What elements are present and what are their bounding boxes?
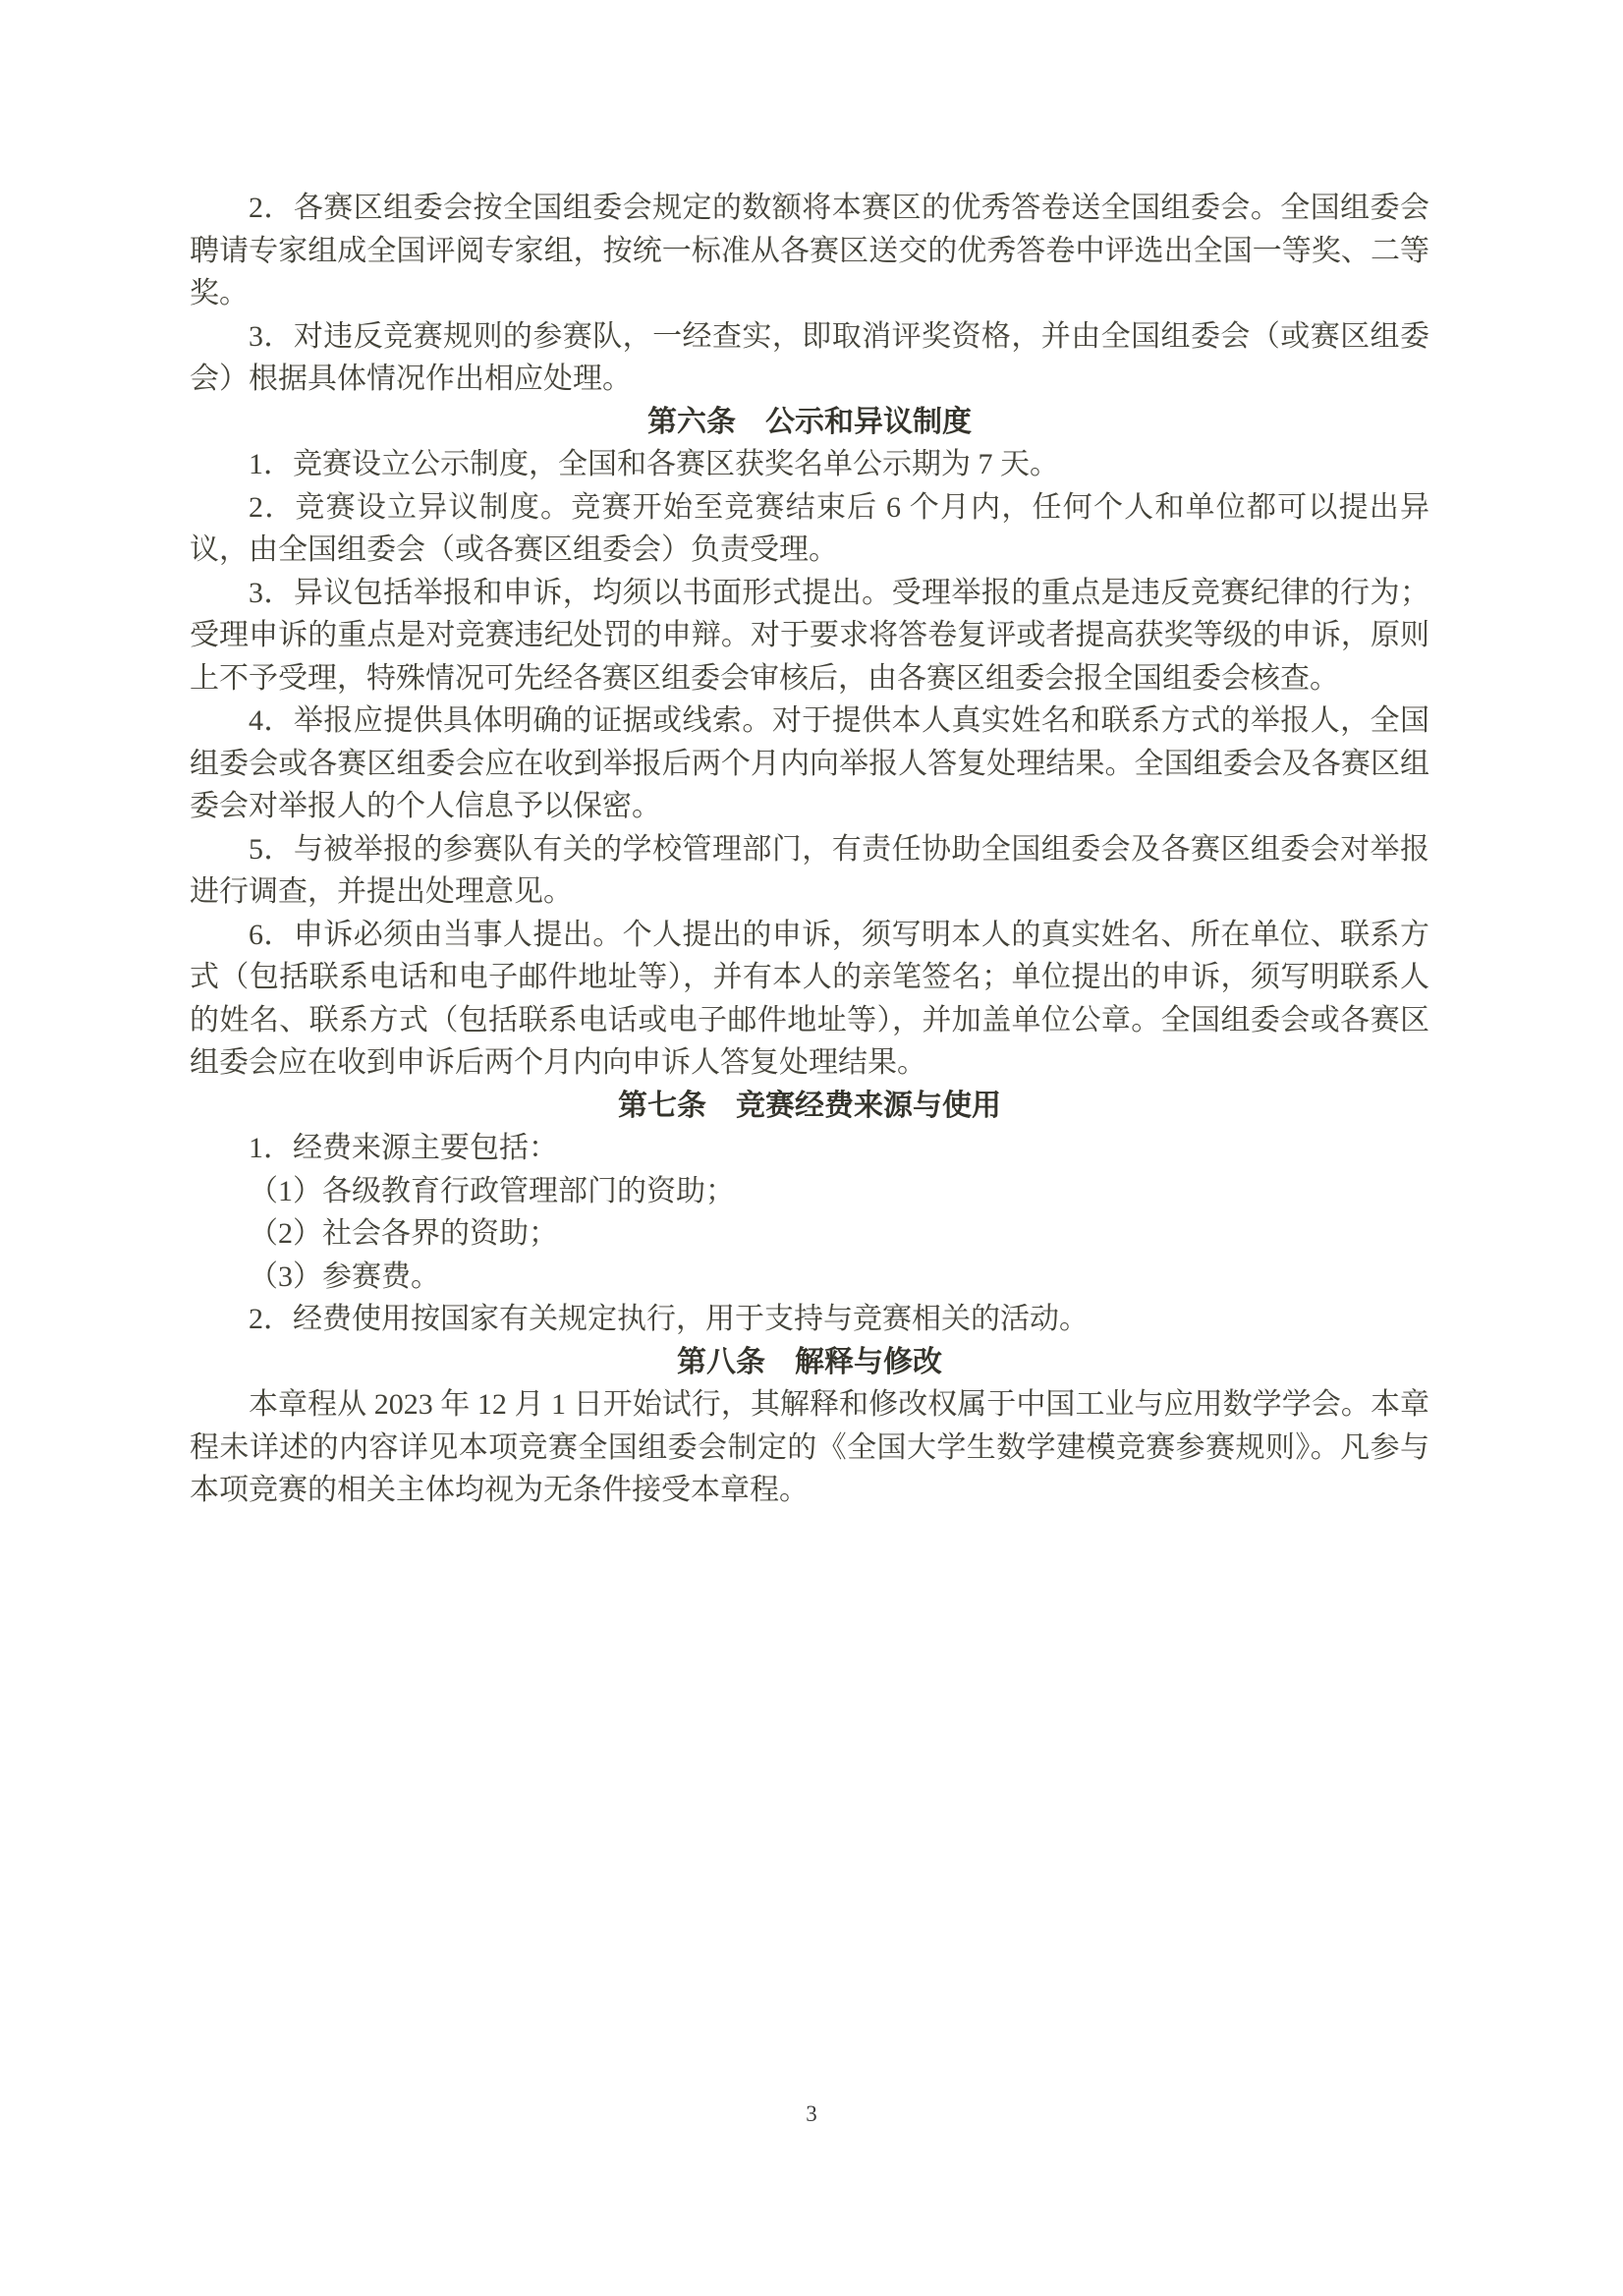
paragraph: 5．与被举报的参赛队有关的学校管理部门，有责任协助全国组委会及各赛区组委会对举报… — [190, 828, 1429, 914]
section-heading: 第七条 竞赛经费来源与使用 — [190, 1085, 1429, 1128]
paragraph: 4．举报应提供具体明确的证据或线索。对于提供本人真实姓名和联系方式的举报人，全国… — [190, 700, 1429, 828]
paragraph: （3）参赛费。 — [190, 1256, 1429, 1299]
paragraph: 2．各赛区组委会按全国组委会规定的数额将本赛区的优秀答卷送全国组委会。全国组委会… — [190, 187, 1429, 315]
paragraph: 3．对违反竞赛规则的参赛队，一经查实，即取消评奖资格，并由全国组委会（或赛区组委… — [190, 315, 1429, 401]
paragraph: 3．异议包括举报和申诉，均须以书面形式提出。受理举报的重点是违反竞赛纪律的行为；… — [190, 572, 1429, 700]
paragraph: 2．经费使用按国家有关规定执行，用于支持与竞赛相关的活动。 — [190, 1298, 1429, 1341]
document-body: 2．各赛区组委会按全国组委会规定的数额将本赛区的优秀答卷送全国组委会。全国组委会… — [190, 187, 1429, 1512]
paragraph: 6．申诉必须由当事人提出。个人提出的申诉，须写明本人的真实姓名、所在单位、联系方… — [190, 914, 1429, 1085]
paragraph: （2）社会各界的资助； — [190, 1212, 1429, 1256]
paragraph: 1．竞赛设立公示制度，全国和各赛区获奖名单公示期为 7 天。 — [190, 443, 1429, 486]
paragraph: 1．经费来源主要包括： — [190, 1127, 1429, 1170]
page-number: 3 — [0, 2100, 1623, 2128]
section-heading: 第六条 公示和异议制度 — [190, 401, 1429, 444]
paragraph: 本章程从 2023 年 12 月 1 日开始试行，其解释和修改权属于中国工业与应… — [190, 1383, 1429, 1512]
paragraph: （1）各级教育行政管理部门的资助； — [190, 1170, 1429, 1213]
section-heading: 第八条 解释与修改 — [190, 1341, 1429, 1384]
document-page: 2．各赛区组委会按全国组委会规定的数额将本赛区的优秀答卷送全国组委会。全国组委会… — [0, 0, 1623, 2296]
paragraph: 2．竞赛设立异议制度。竞赛开始至竞赛结束后 6 个月内，任何个人和单位都可以提出… — [190, 486, 1429, 572]
